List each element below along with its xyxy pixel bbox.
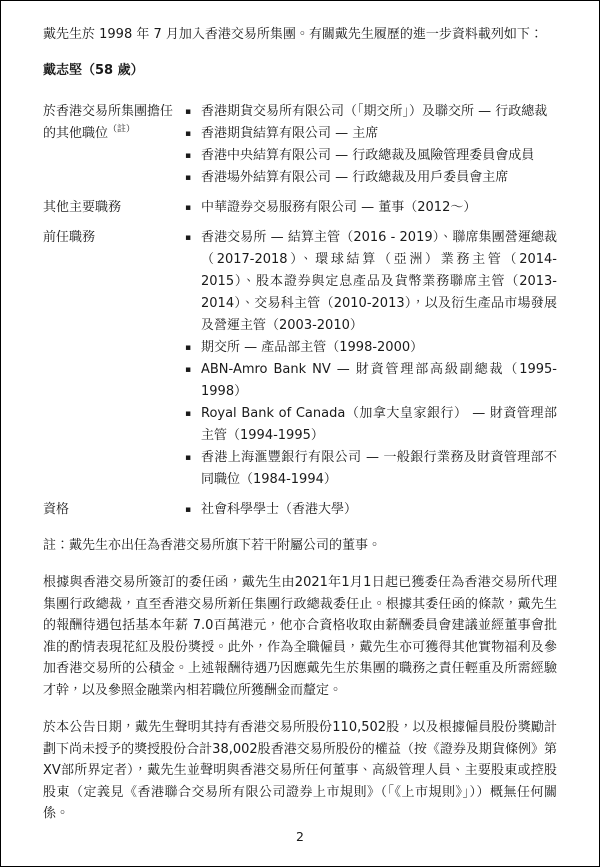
profile-label-text: 資格 — [43, 502, 69, 517]
bullet-icon: ▪ — [185, 123, 201, 145]
list-item: ▪香港期貨交易所有限公司（「期交所」）及聯交所 — 行政總裁 — [185, 101, 557, 123]
bullet-icon: ▪ — [185, 167, 201, 189]
profile-row-other-major-roles: 其他主要職務 ▪中華證券交易服務有限公司 — 董事（2012～） — [43, 197, 557, 219]
list-item: ▪ABN-Amro Bank NV — 財資管理部高級副總裁（1995-1998… — [185, 359, 557, 403]
list-item-text: 香港上海滙豐銀行有限公司 — 一般銀行業務及財資管理部不同職位（1984-199… — [201, 447, 557, 491]
bullet-list: ▪中華證券交易服務有限公司 — 董事（2012～） — [185, 197, 557, 219]
bullet-list: ▪香港交易所 — 結算主管（2016 - 2019）、聯席集團營運總裁（2017… — [185, 227, 557, 491]
profile-label: 資格 — [43, 499, 185, 521]
profile-row-past-positions: 前任職務 ▪香港交易所 — 結算主管（2016 - 2019）、聯席集團營運總裁… — [43, 227, 557, 491]
list-item-text: 中華證券交易服務有限公司 — 董事（2012～） — [201, 197, 557, 219]
bullet-icon: ▪ — [185, 447, 201, 469]
profile-label: 前任職務 — [43, 227, 185, 249]
footnote: 註：戴先生亦出任為香港交易所旗下若干附屬公司的董事。 — [43, 535, 557, 556]
list-item: ▪中華證券交易服務有限公司 — 董事（2012～） — [185, 197, 557, 219]
profile-table: 於香港交易所集團擔任的其他職位（註） ▪香港期貨交易所有限公司（「期交所」）及聯… — [43, 101, 557, 521]
list-item-text: 香港期貨結算有限公司 — 主席 — [201, 123, 557, 145]
appointment-remuneration-paragraph: 根據與香港交易所簽訂的委任函，戴先生由2021年1月1日起已獲委任為香港交易所代… — [43, 572, 557, 701]
list-item: ▪香港期貨結算有限公司 — 主席 — [185, 123, 557, 145]
list-item-text: Royal Bank of Canada（加拿大皇家銀行） — 財資管理部主管（… — [201, 403, 557, 447]
list-item: ▪社會科學學士（香港大學） — [185, 499, 557, 521]
profile-label: 於香港交易所集團擔任的其他職位（註） — [43, 101, 185, 145]
list-item-text: 香港場外結算有限公司 — 行政總裁及用戶委員會主席 — [201, 167, 557, 189]
list-item: ▪香港中央結算有限公司 — 行政總裁及風險管理委員會成員 — [185, 145, 557, 167]
bullet-icon: ▪ — [185, 337, 201, 359]
list-item-text: 香港中央結算有限公司 — 行政總裁及風險管理委員會成員 — [201, 145, 557, 167]
list-item: ▪香港場外結算有限公司 — 行政總裁及用戶委員會主席 — [185, 167, 557, 189]
bullet-icon: ▪ — [185, 499, 201, 521]
profile-label-text: 前任職務 — [43, 230, 95, 245]
profile-row-other-positions: 於香港交易所集團擔任的其他職位（註） ▪香港期貨交易所有限公司（「期交所」）及聯… — [43, 101, 557, 189]
list-item: ▪Royal Bank of Canada（加拿大皇家銀行） — 財資管理部主管… — [185, 403, 557, 447]
profile-label-text: 其他主要職務 — [43, 200, 121, 215]
bullet-icon: ▪ — [185, 227, 201, 249]
list-item: ▪期交所 — 產品部主管（1998-2000） — [185, 337, 557, 359]
list-item-text: 香港交易所 — 結算主管（2016 - 2019）、聯席集團營運總裁（2017-… — [201, 227, 557, 337]
bullet-icon: ▪ — [185, 403, 201, 425]
profile-row-qualifications: 資格 ▪社會科學學士（香港大學） — [43, 499, 557, 521]
list-item-text: 香港期貨交易所有限公司（「期交所」）及聯交所 — 行政總裁 — [201, 101, 557, 123]
list-item-text: 期交所 — 產品部主管（1998-2000） — [201, 337, 557, 359]
footnote-superscript: （註） — [108, 125, 135, 135]
list-item: ▪香港上海滙豐銀行有限公司 — 一般銀行業務及財資管理部不同職位（1984-19… — [185, 447, 557, 491]
shareholding-declaration-paragraph: 於本公告日期，戴先生聲明其持有香港交易所股份110,502股，以及根據僱員股份獎… — [43, 717, 557, 825]
bullet-icon: ▪ — [185, 197, 201, 219]
bullet-icon: ▪ — [185, 101, 201, 123]
document-page: 戴先生於 1998 年 7 月加入香港交易所集團。有關戴先生履歷的進一步資料載列… — [0, 0, 600, 867]
person-name-heading: 戴志堅（58 歲） — [43, 61, 557, 81]
list-item-text: ABN-Amro Bank NV — 財資管理部高級副總裁（1995-1998） — [201, 359, 557, 403]
page-number: 2 — [1, 829, 599, 844]
list-item-text: 社會科學學士（香港大學） — [201, 499, 557, 521]
bullet-list: ▪社會科學學士（香港大學） — [185, 499, 557, 521]
list-item: ▪香港交易所 — 結算主管（2016 - 2019）、聯席集團營運總裁（2017… — [185, 227, 557, 337]
bullet-icon: ▪ — [185, 359, 201, 381]
bullet-list: ▪香港期貨交易所有限公司（「期交所」）及聯交所 — 行政總裁 ▪香港期貨結算有限… — [185, 101, 557, 189]
profile-label-text: 於香港交易所集團擔任的其他職位 — [43, 104, 173, 141]
intro-paragraph: 戴先生於 1998 年 7 月加入香港交易所集團。有關戴先生履歷的進一步資料載列… — [43, 25, 557, 45]
bullet-icon: ▪ — [185, 145, 201, 167]
profile-label: 其他主要職務 — [43, 197, 185, 219]
